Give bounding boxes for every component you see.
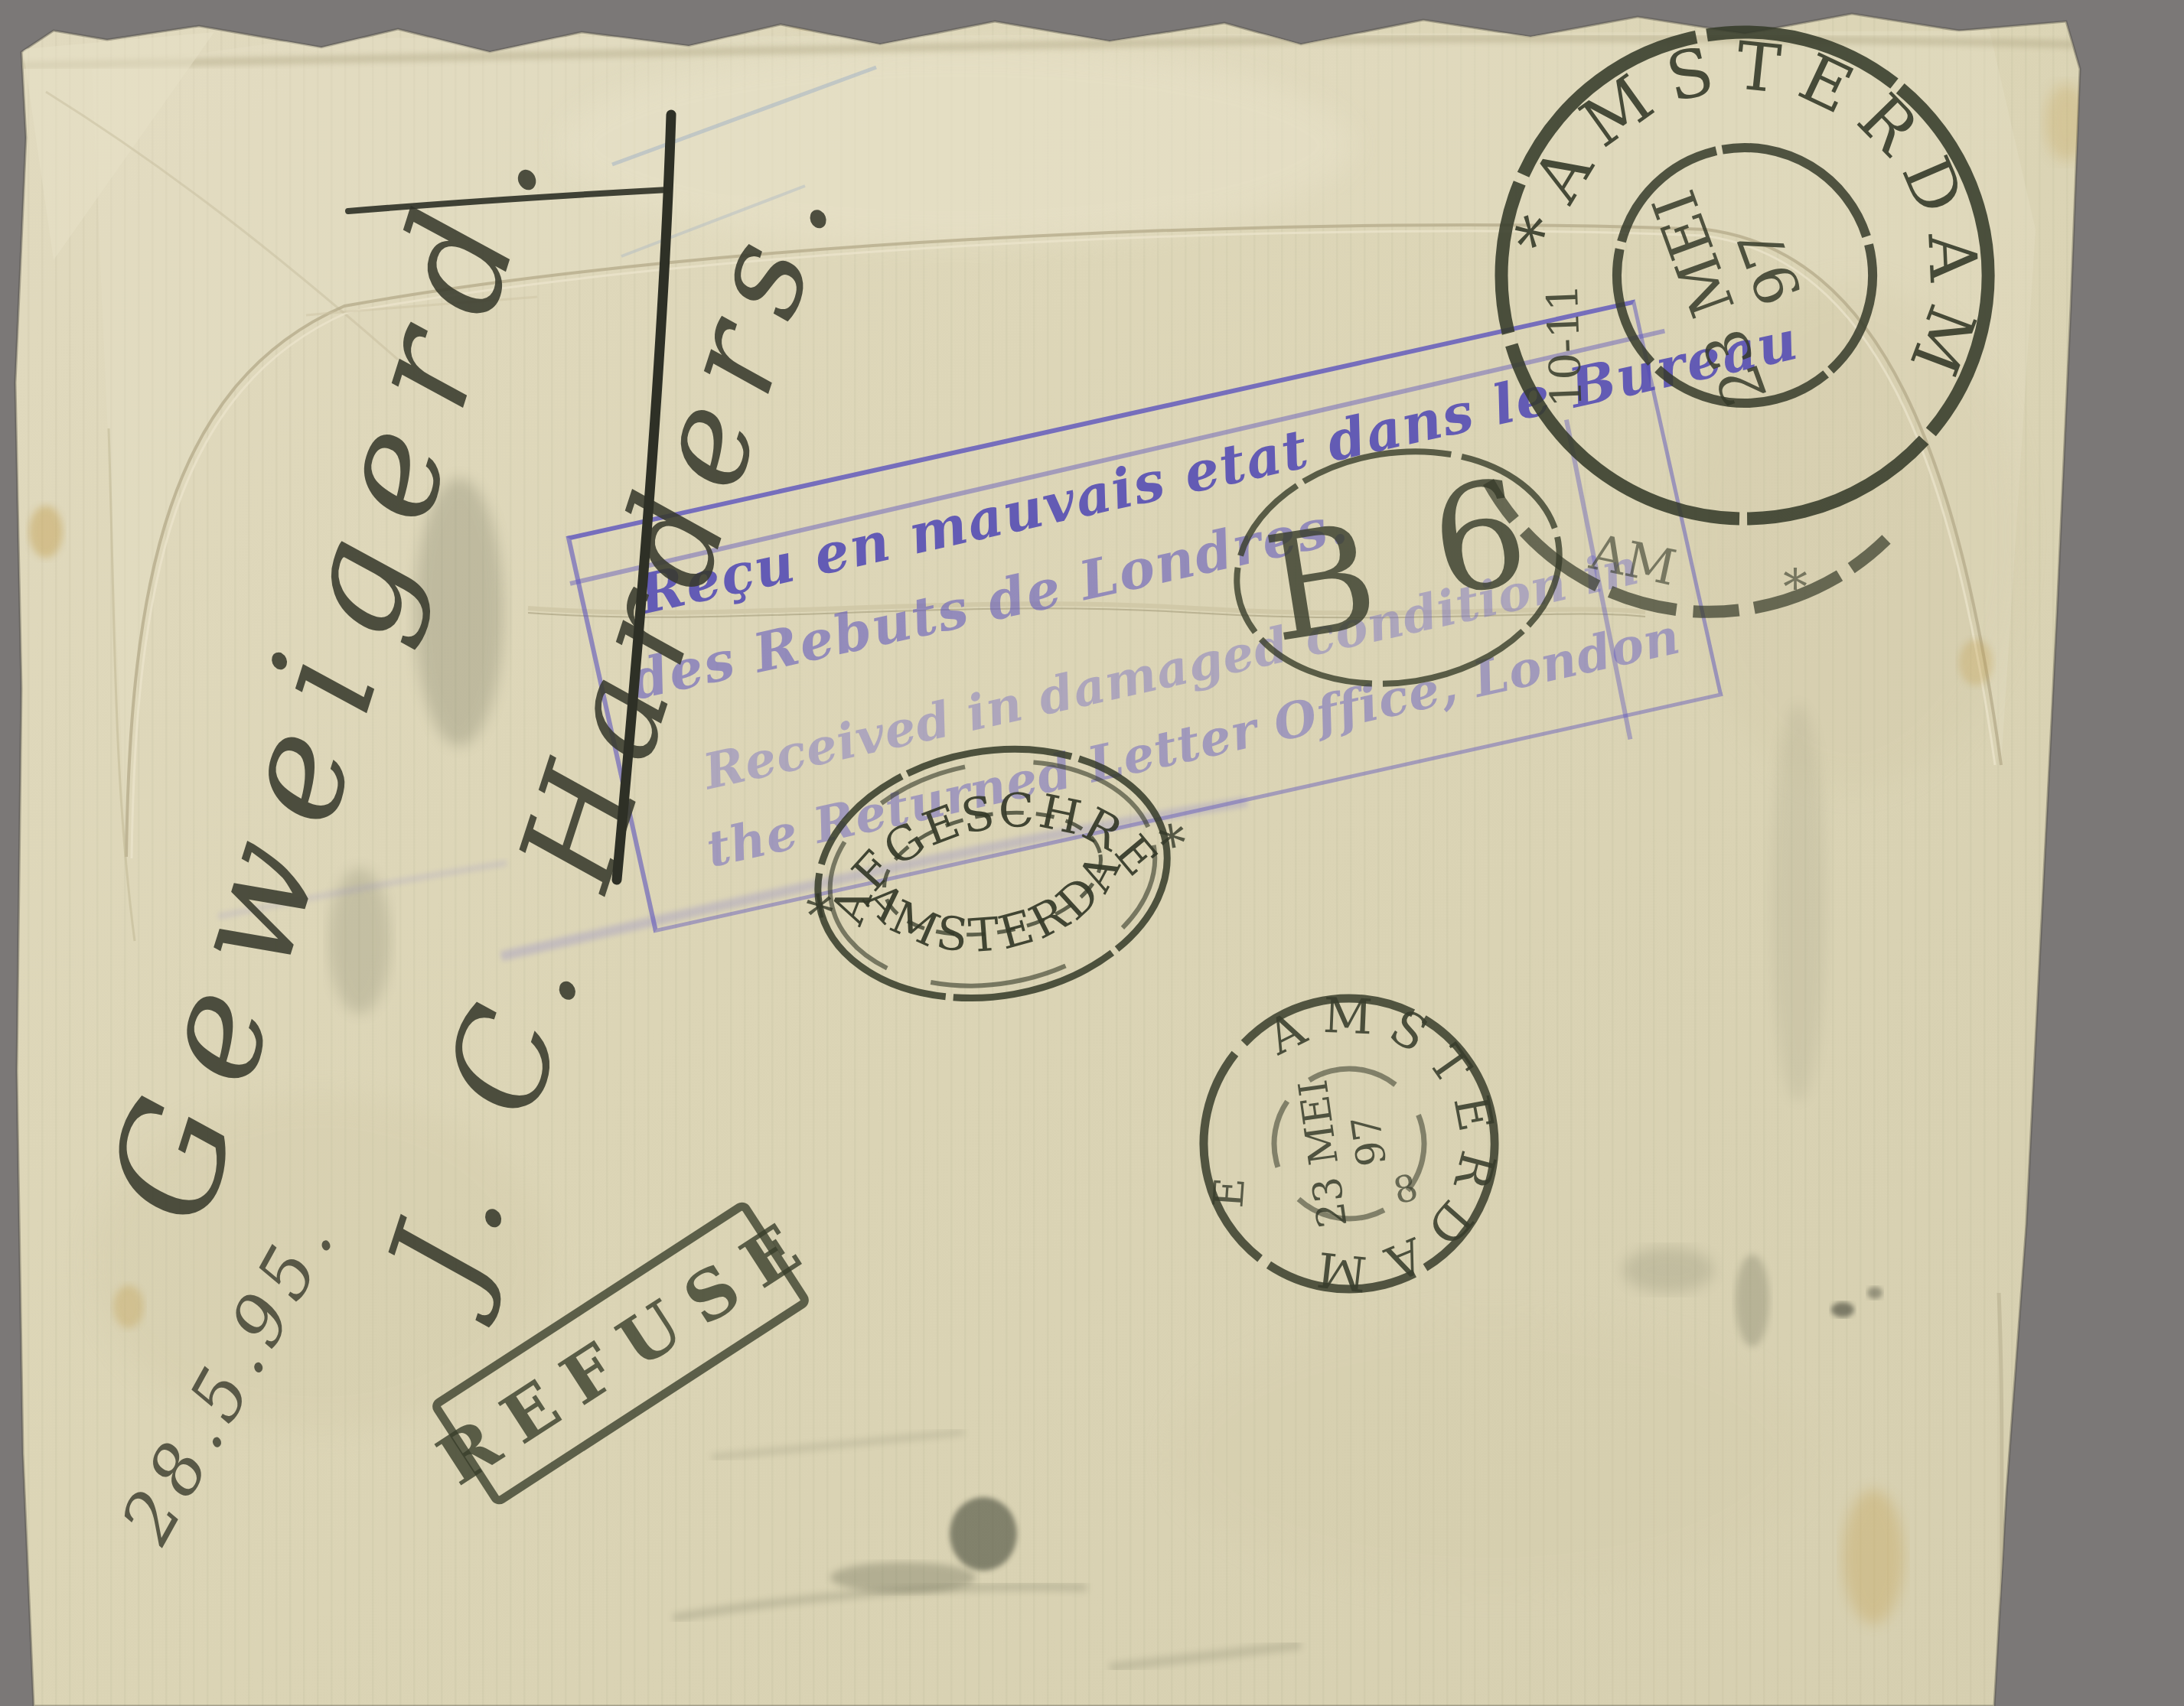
b6-handstamp: B 6 bbox=[1220, 429, 1576, 707]
postmark-offset-letters: AM bbox=[1585, 524, 1681, 597]
afgeschreven-oval-handstamp: AFGESCHREVEN AMSTERDAM * * bbox=[785, 719, 1208, 1027]
oval-star-right: * bbox=[1155, 812, 1192, 878]
photo-of-envelope-back: Reçu en mauvais etat dans le Bureau des … bbox=[0, 0, 2184, 1706]
pen-stroke-flourish bbox=[348, 190, 668, 211]
postmark-lower: AMSTERDAM E 23 MEI 97 8 bbox=[1160, 953, 1540, 1334]
postmark-hour: 10-11 bbox=[1538, 283, 1592, 409]
b6-letter: B bbox=[1256, 491, 1387, 675]
postmark-layer: B 6 AFGESCHREVEN AMSTERDAM * * *AMSTERDA… bbox=[0, 0, 2184, 1706]
b6-number: 6 bbox=[1420, 448, 1538, 629]
pen-stroke-vertical bbox=[617, 115, 671, 880]
date-line2: 97 bbox=[1343, 1112, 1396, 1169]
postmark-office-letter: E bbox=[1204, 1176, 1254, 1210]
postmark-offset-star: * bbox=[1783, 560, 1808, 617]
date-line1: 23 MEI bbox=[1290, 1077, 1356, 1231]
postmark-top-right: *AMSTERDAM 10-11 23 MEI 97 bbox=[1449, 0, 2045, 570]
